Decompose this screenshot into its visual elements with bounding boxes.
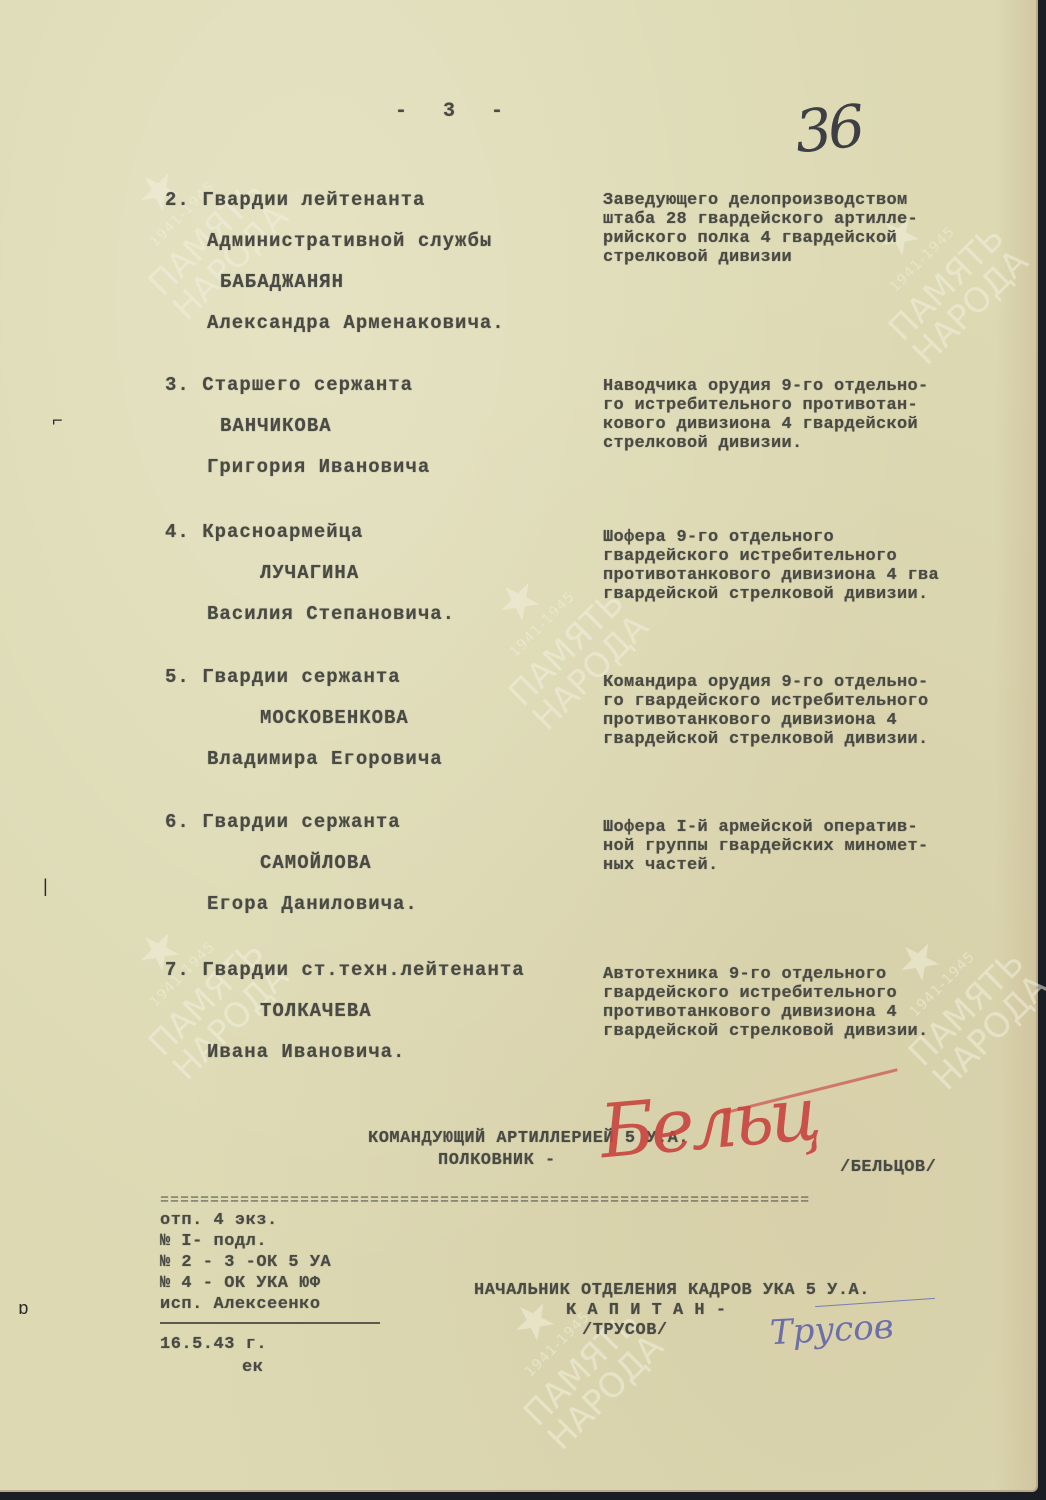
given-names: Владимира Егоровича xyxy=(165,739,443,780)
rank: Гвардии сержанта xyxy=(202,811,400,833)
signatory-1-name: /БЕЛЬЦОВ/ xyxy=(840,1157,936,1178)
given-names: Александра Арменаковича. xyxy=(165,303,505,344)
given-names: Василия Степановича. xyxy=(165,594,455,635)
rank: Гвардии ст.техн.лейтенанта xyxy=(202,959,524,981)
surname: САМОЙЛОВА xyxy=(165,843,418,884)
distribution-list: отп. 4 экз. № I- подл. № 2 - 3 -ОК 5 УА … xyxy=(160,1210,331,1315)
signature-blue-ink: Трусов xyxy=(769,1307,894,1353)
entry-3-person: 3. Старшего сержанта ВАНЧИКОВА Григория … xyxy=(165,365,430,488)
entry-5-position: Командира орудия 9-го отдельно- го гвард… xyxy=(603,673,929,749)
page-number: - 3 - xyxy=(395,100,515,123)
star-icon: ★ xyxy=(455,537,582,664)
given-names: Ивана Ивановича. xyxy=(165,1032,525,1073)
given-names: Григория Ивановича xyxy=(165,447,430,488)
entry-7-position: Автотехника 9-го отдельного гвардейского… xyxy=(603,965,929,1041)
entry-2-position: Заведующего делопроизводством штаба 28 г… xyxy=(603,191,918,267)
entry-2-person: 2. Гвардии лейтенанта Административной с… xyxy=(165,180,505,344)
rank: Красноармейца xyxy=(202,521,363,543)
surname: ТОЛКАЧЕВА xyxy=(165,991,525,1032)
entry-3-position: Наводчика орудия 9-го отдельно- го истре… xyxy=(603,377,929,453)
surname: ВАНЧИКОВА xyxy=(165,406,430,447)
surname: ЛУЧАГИНА xyxy=(165,553,455,594)
divider-rule: ========================================… xyxy=(160,1192,1030,1209)
document-date: 16.5.43 г. xyxy=(160,1334,267,1355)
given-names: Егора Даниловича. xyxy=(165,884,418,925)
rank-continued: Административной службы xyxy=(165,221,505,262)
margin-mark: ⌐ xyxy=(52,412,63,432)
signature-red-ink: Бельц xyxy=(597,1071,821,1176)
margin-mark: | xyxy=(40,878,51,898)
distribution-underline xyxy=(160,1322,380,1324)
margin-mark: ɒ xyxy=(18,1300,29,1320)
signatory-1-rank: ПОЛКОВНИК - xyxy=(438,1150,556,1171)
document-page: ★ 1941-1945 ПАМЯТЬ НАРОДА ★ 1941-1945 ПА… xyxy=(0,0,1038,1492)
rank: Гвардии сержанта xyxy=(202,666,400,688)
rank: Старшего сержанта xyxy=(202,374,413,396)
signatory-2-rank: К А П И Т А Н - xyxy=(566,1300,727,1321)
typist-initials: ек xyxy=(242,1357,263,1378)
rank: Гвардии лейтенанта xyxy=(202,189,425,211)
signatory-2-name: /ТРУСОВ/ xyxy=(582,1320,668,1341)
handwritten-folio-number: 36 xyxy=(792,92,865,167)
entry-4-person: 4. Красноармейца ЛУЧАГИНА Василия Степан… xyxy=(165,512,455,635)
signatory-2-title: НАЧАЛЬНИК ОТДЕЛЕНИЯ КАДРОВ УКА 5 У.А. xyxy=(474,1280,870,1301)
entry-7-person: 7. Гвардии ст.техн.лейтенанта ТОЛКАЧЕВА … xyxy=(165,950,525,1073)
surname: МОСКОВЕНКОВА xyxy=(165,698,443,739)
entry-5-person: 5. Гвардии сержанта МОСКОВЕНКОВА Владими… xyxy=(165,657,443,780)
entry-6-person: 6. Гвардии сержанта САМОЙЛОВА Егора Дани… xyxy=(165,802,418,925)
surname: БАБАДЖАНЯН xyxy=(165,262,505,303)
entry-4-position: Шофера 9-го отдельного гвардейского истр… xyxy=(603,528,939,604)
entry-6-position: Шофера I-й армейской оператив- ной групп… xyxy=(603,818,929,875)
